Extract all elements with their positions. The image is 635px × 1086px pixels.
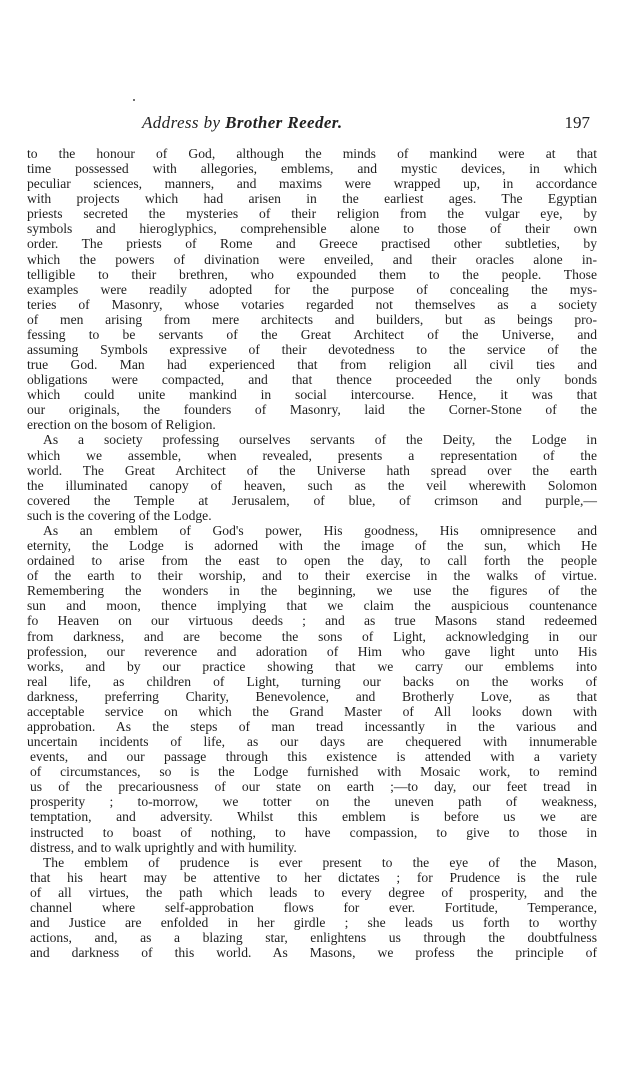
text-line: such is the covering of the Lodge.: [27, 508, 597, 523]
text-line: us of the precariousness of our state on…: [27, 779, 597, 794]
text-line: As a society professing ourselves servan…: [27, 432, 597, 447]
text-line: events, and our passage through this exi…: [27, 749, 597, 764]
text-line: approbation. As the steps of man tread i…: [27, 719, 597, 734]
text-line: priests secreted the mysteries of their …: [27, 206, 597, 221]
text-line: symbols and hieroglyphics, comprehensibl…: [27, 221, 597, 236]
text-line: The emblem of prudence is ever present t…: [27, 855, 597, 870]
running-title: Address by Brother Reeder.: [142, 113, 343, 133]
text-line: of men arising from mere architects and …: [27, 312, 597, 327]
text-line: telligible to their brethren, who expoun…: [27, 267, 597, 282]
text-line: fessing to be servants of the Great Arch…: [27, 327, 597, 342]
text-line: our originals, the founders of Masonry, …: [27, 402, 597, 417]
text-line: world. The Great Architect of the Univer…: [27, 463, 597, 478]
text-line: erection on the bosom of Religion.: [27, 417, 597, 432]
text-line: and darkness of this world. As Masons, w…: [27, 945, 597, 960]
text-line: ordained to arise from the east to open …: [27, 553, 597, 568]
text-line: with projects which had arisen in the ea…: [27, 191, 597, 206]
text-line: obligations were compacted, and that the…: [27, 372, 597, 387]
running-title-italic: Address by: [142, 113, 225, 132]
text-line: examples were readily adopted for the pu…: [27, 282, 597, 297]
text-line: channel where self-approbation flows for…: [27, 900, 597, 915]
text-line: works, and by our practice showing that …: [27, 659, 597, 674]
text-line: profession, our reverence and adoration …: [27, 644, 597, 659]
text-line: which could unite mankind in social inte…: [27, 387, 597, 402]
text-line: which we assemble, when revealed, presen…: [27, 448, 597, 463]
text-line: of the earth to their worship, and to th…: [27, 568, 597, 583]
text-line: true God. Man had experienced that from …: [27, 357, 597, 372]
page-number: 197: [565, 113, 591, 133]
text-line: prosperity ; to-morrow, we totter on the…: [27, 794, 597, 809]
text-line: acceptable service on which the Grand Ma…: [27, 704, 597, 719]
running-title-bold: Brother Reeder.: [225, 113, 342, 132]
body-text: to the honour of God, although the minds…: [27, 146, 597, 960]
text-line: real life, as children of Light, turning…: [27, 674, 597, 689]
print-speck: [133, 99, 135, 101]
text-line: eternity, the Lodge is adorned with the …: [27, 538, 597, 553]
text-line: of all virtues, the path which leads to …: [27, 885, 597, 900]
text-line: and Justice are enfolded in her girdle ;…: [27, 915, 597, 930]
text-line: darkness, preferring Charity, Benevolenc…: [27, 689, 597, 704]
text-line: Remembering the wonders in the beginning…: [27, 583, 597, 598]
text-line: from darkness, and are become the sons o…: [27, 629, 597, 644]
text-line: order. The priests of Rome and Greece pr…: [27, 236, 597, 251]
text-line: instructed to boast of nothing, to have …: [27, 825, 597, 840]
book-page: Address by Brother Reeder. 197 to the ho…: [0, 0, 635, 1086]
text-line: temptation, and adversity. Whilst this e…: [27, 809, 597, 824]
text-line: to the honour of God, although the minds…: [27, 146, 597, 161]
text-line: peculiar sciences, manners, and maxims w…: [27, 176, 597, 191]
text-line: teries of Masonry, whose votaries regard…: [27, 297, 597, 312]
text-line: distress, and to walk uprightly and with…: [27, 840, 597, 855]
text-line: of circumstances, so is the Lodge furnis…: [27, 764, 597, 779]
text-line: sun and moon, thence implying that we cl…: [27, 598, 597, 613]
text-line: which the powers of divination were enve…: [27, 252, 597, 267]
text-line: uncertain incidents of life, as our days…: [27, 734, 597, 749]
running-head: Address by Brother Reeder. 197: [140, 113, 590, 135]
text-line: fo Heaven on our virtuous deeds ; and as…: [27, 613, 597, 628]
text-line: assuming Symbols expressive of their dev…: [27, 342, 597, 357]
text-line: covered the Temple at Jerusalem, of blue…: [27, 493, 597, 508]
text-line: actions, and, as a blazing star, enlight…: [27, 930, 597, 945]
text-line: the illuminated canopy of heaven, such a…: [27, 478, 597, 493]
text-line: that his heart may be attentive to her d…: [27, 870, 597, 885]
text-line: As an emblem of God's power, His goodnes…: [27, 523, 597, 538]
text-line: time possessed with allegories, emblems,…: [27, 161, 597, 176]
